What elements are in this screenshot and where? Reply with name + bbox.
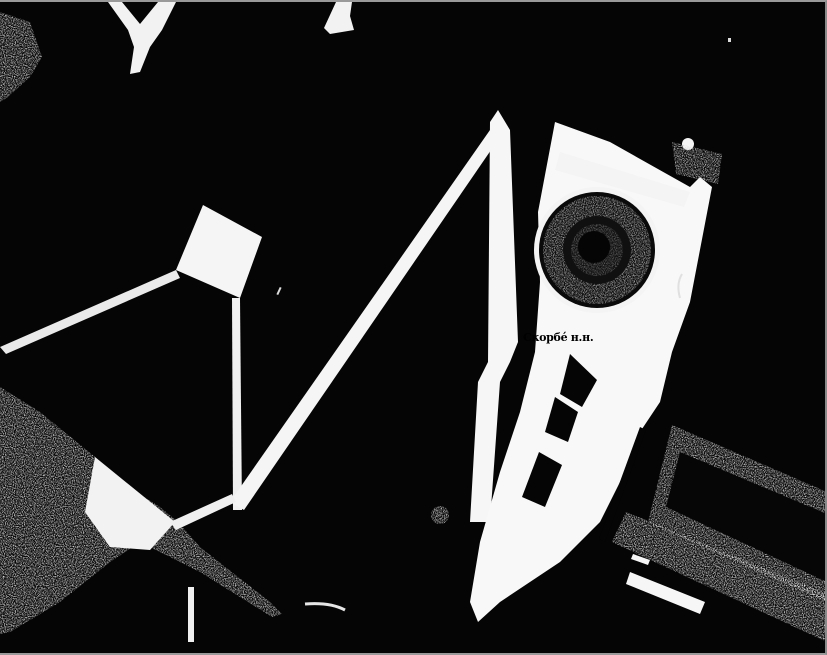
aerial-photo-frame: Скорбé н.н. bbox=[0, 0, 827, 655]
rectangular-field bbox=[612, 425, 827, 642]
square-plaza bbox=[176, 205, 262, 298]
circular-structure bbox=[534, 187, 660, 313]
road-west bbox=[0, 270, 180, 354]
small-object bbox=[431, 506, 449, 524]
aerial-photo bbox=[0, 2, 827, 655]
vegetation-patch-top-left bbox=[0, 12, 42, 102]
settlement-label: Скорбé н.н. bbox=[523, 331, 593, 344]
track-curve bbox=[305, 604, 345, 610]
road-fork-top bbox=[108, 2, 176, 74]
structure-top bbox=[324, 2, 354, 34]
vegetation-northeast bbox=[672, 142, 722, 184]
road-diagonal bbox=[230, 130, 502, 510]
road-vertical bbox=[232, 298, 242, 510]
